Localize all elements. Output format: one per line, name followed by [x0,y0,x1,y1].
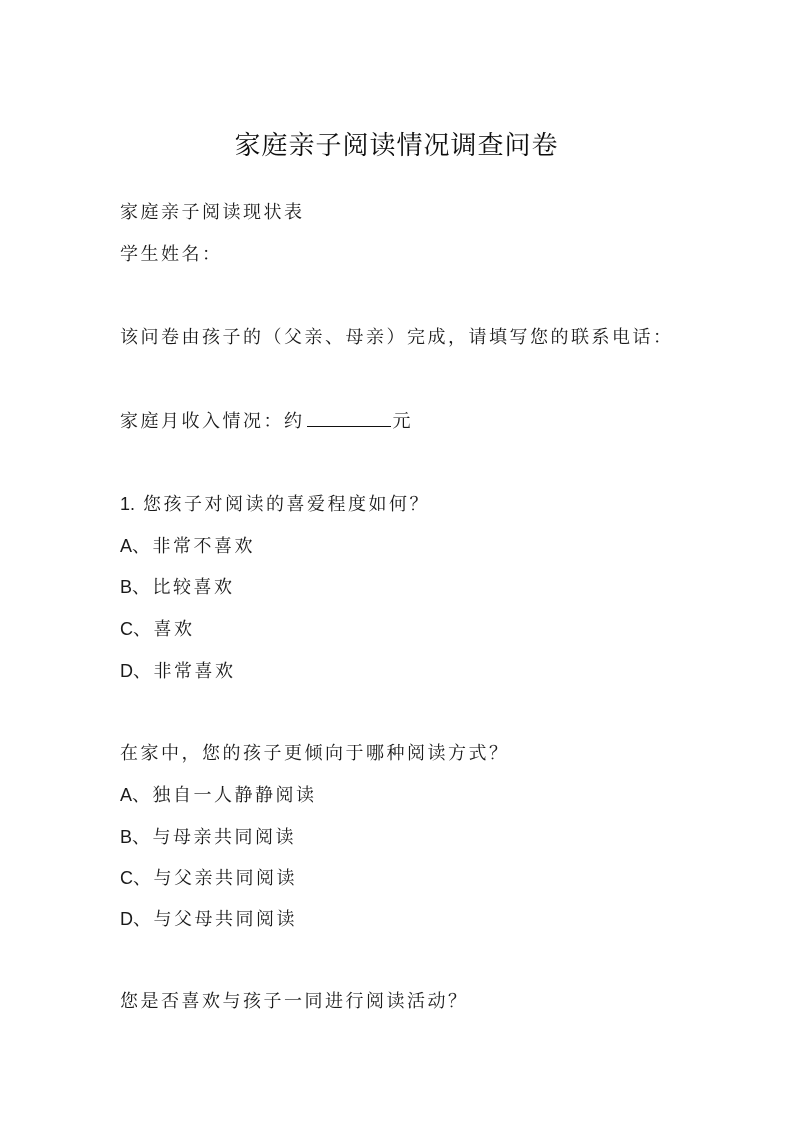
income-line: 家庭月收入情况：约元 [120,408,413,435]
q2-option-d: D、与父母共同阅读 [120,906,297,933]
q1-option-a: A、非常不喜欢 [120,533,255,560]
option-letter: C [120,619,133,639]
question-2: 在家中，您的孩子更倾向于哪种阅读方式？ [120,741,510,767]
option-separator: 、 [132,577,153,598]
option-separator: 、 [132,785,153,806]
option-letter: B [120,577,132,597]
option-separator: 、 [133,909,154,930]
contact-note: 该问卷由孩子的（父亲、母亲）完成，请填写您的联系电话： [120,325,674,351]
option-text: 非常喜欢 [154,661,236,682]
option-separator: 、 [132,536,153,557]
option-text: 比较喜欢 [153,577,235,598]
question-3: 您是否喜欢与孩子一同进行阅读活动？ [120,989,469,1015]
q2-option-a: A、独自一人静静阅读 [120,782,317,809]
option-letter: D [120,909,133,929]
income-blank [307,408,391,427]
option-letter: D [120,661,133,681]
q1-option-c: C、喜欢 [120,616,195,643]
option-separator: 、 [133,868,154,889]
option-letter: A [120,536,132,556]
question-text: 您孩子对阅读的喜爱程度如何？ [143,494,430,515]
q2-option-b: B、与母亲共同阅读 [120,824,296,851]
option-text: 独自一人静静阅读 [153,785,317,806]
q2-option-c: C、与父亲共同阅读 [120,865,297,892]
document-subtitle: 家庭亲子阅读现状表 [120,200,305,226]
option-letter: B [120,827,132,847]
option-text: 与父母共同阅读 [154,909,298,930]
income-label: 家庭月收入情况：约 [120,411,305,432]
option-text: 非常不喜欢 [153,536,256,557]
question-text: 您是否喜欢与孩子一同进行阅读活动？ [120,991,469,1012]
student-name-label: 学生姓名： [120,242,223,268]
option-letter: A [120,785,132,805]
option-text: 喜欢 [154,619,195,640]
question-1: 1.您孩子对阅读的喜爱程度如何？ [120,491,430,518]
option-text: 与父亲共同阅读 [154,868,298,889]
option-separator: 、 [132,827,153,848]
option-letter: C [120,868,133,888]
question-text: 在家中，您的孩子更倾向于哪种阅读方式？ [120,743,510,764]
q1-option-b: B、比较喜欢 [120,574,235,601]
question-number: 1. [120,494,135,514]
income-unit: 元 [393,411,414,432]
option-separator: 、 [133,661,154,682]
document-page: 家庭亲子阅读情况调查问卷 家庭亲子阅读现状表 学生姓名： 该问卷由孩子的（父亲、… [0,0,793,1122]
document-title: 家庭亲子阅读情况调查问卷 [0,126,793,166]
q1-option-d: D、非常喜欢 [120,658,236,685]
option-text: 与母亲共同阅读 [153,827,297,848]
option-separator: 、 [133,619,154,640]
